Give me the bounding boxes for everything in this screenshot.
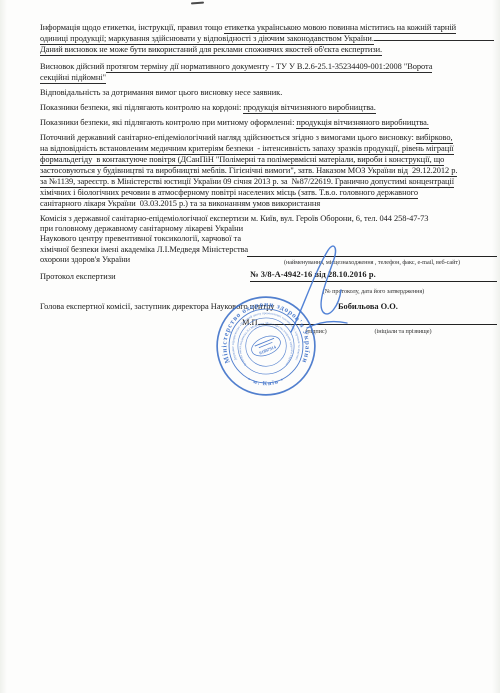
document-line: Інформація щодо етикетки, інструкції, пр…	[40, 22, 494, 33]
document-line: Відповідальність за дотримання вимог цьо…	[40, 87, 494, 98]
underline-filler	[374, 39, 494, 41]
text-segment: протягом терміну дії нормативного докуме…	[106, 61, 432, 73]
protocol-label: Протокол експертизи	[40, 272, 116, 281]
scan-artifact	[191, 2, 204, 5]
document-line: Показники безпеки, які підлягають контро…	[40, 102, 494, 113]
document-line: секційні підйомні"	[40, 72, 494, 83]
stamp-registration-number: 01897914	[259, 344, 278, 355]
document-line: за №1139, зареєстр. в Міністерстві юстиц…	[40, 176, 494, 187]
svg-text:• м. Київ •: • м. Київ •	[247, 377, 286, 387]
organization-line: Комісія з державної санітарно-епідеміоло…	[40, 214, 494, 224]
text-segment: секційні підйомні"	[40, 72, 106, 84]
scanned-document-page: Інформація щодо етикетки, інструкції, пр…	[0, 0, 500, 693]
document-line: Даний висновок не може бути використаний…	[40, 44, 494, 55]
organization-block: Комісія з державної санітарно-епідеміоло…	[40, 214, 494, 265]
document-line: Висновок дійсний протягом терміну дії но…	[40, 61, 494, 72]
document-line: формальдегіду в контактуюче повітря (ДСа…	[40, 154, 494, 165]
text-segment: Висновок дійсний	[40, 61, 106, 72]
text-segment: Показники безпеки, які підлягають контро…	[40, 102, 243, 113]
handwritten-signature-icon	[283, 240, 361, 338]
text-segment: Даний висновок не може бути використаний…	[40, 44, 382, 56]
text-segment: продукція вітчизняного виробництва.	[243, 102, 375, 114]
text-segment: Інформація щодо етикетки, інструкції, пр…	[40, 22, 224, 33]
name-caption: (ініціали та прізвище)	[348, 328, 458, 335]
document-line: Показники безпеки, які підлягають контро…	[40, 117, 494, 128]
text-segment: санітарного лікаря України 03.03.2015 р.…	[40, 198, 320, 210]
text-segment: Поточний державний санітарно-епідеміолог…	[40, 132, 416, 143]
document-line: санітарного лікаря України 03.03.2015 р.…	[40, 198, 494, 209]
organization-line: при головному державному санітарному лік…	[40, 224, 494, 234]
organization-line: Наукового центру превентивної токсиколог…	[40, 234, 494, 244]
text-segment: продукція вітчизняного виробництва.	[296, 117, 428, 129]
document-line: одиниці продукції; маркування здійснюват…	[40, 33, 494, 44]
document-line: застосовуються у будівництві та виробниц…	[40, 165, 494, 176]
text-segment: Показники безпеки, які підлягають контро…	[40, 117, 296, 128]
text-segment: Відповідальність за дотримання вимог цьо…	[40, 87, 282, 98]
document-line: Поточний державний санітарно-епідеміолог…	[40, 132, 494, 143]
stamp-city-text: • м. Київ •	[247, 377, 286, 387]
document-body: Інформація щодо етикетки, інструкції, пр…	[40, 22, 494, 265]
document-line: на відповідність встановленим медичним к…	[40, 143, 494, 154]
document-line: хімічних і біологічних речовин в атмосфе…	[40, 187, 494, 198]
organization-line: хімічної безпеки імені академіка Л.І.Мед…	[40, 245, 494, 255]
